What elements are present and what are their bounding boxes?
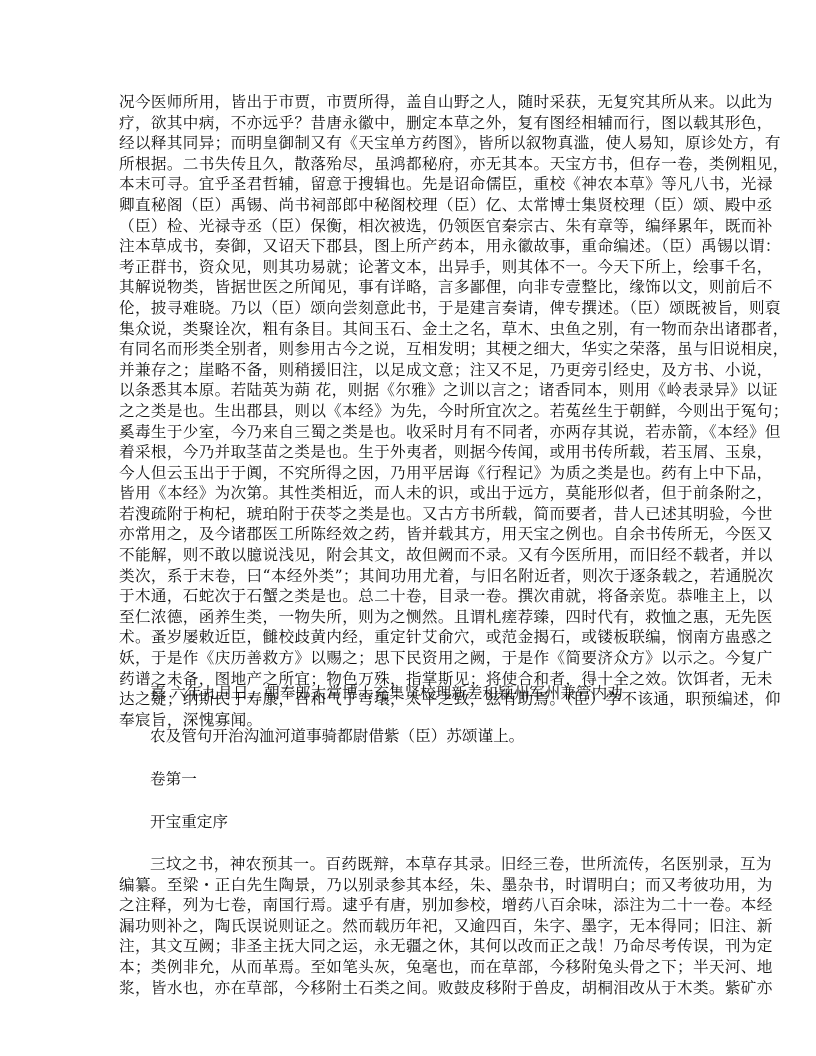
section-heading: 开宝重定序	[150, 812, 228, 832]
kaibao-paragraph: 三坟之书，神农预其一。百药既辩，本草存其录。旧经三卷，世所流传，名医别录，互为 …	[119, 854, 699, 998]
text-line: 若溲疏附于枸杞，琥珀附于茯苓之类是也。又古方书所载，简而要者，昔人已述其明验，今…	[119, 504, 699, 525]
text-line: 类次，系于末卷，曰“本经外类”；其间功用尤着，与旧名附近者，则次于逐条载之，若通…	[119, 566, 699, 587]
text-line: 以条悉其本原。若陆英为蒴 花，则据《尔雅》之训以言之；诸香同本，则用《岭表录异》…	[119, 380, 699, 401]
text-line: 疗，欲其中病，不亦远乎？昔唐永徽中，删定本草之外，复有图经相辅而行，图以载其形色…	[119, 113, 699, 134]
text-line: 有同名而形类全别者，则参用古今之说，互相发明；其梗之细大，华实之荣落，虽与旧说相…	[119, 339, 699, 360]
text-line: （臣）检、光禄寺丞（臣）保衡，相次被选，仍领医官秦宗古、朱有章等，编绎累年，既而…	[119, 216, 699, 237]
text-line: 奚毒生于少室，今乃来自三蜀之类是也。收采时月有不同者，亦两存其说，若赤箭，《本经…	[119, 422, 699, 443]
text-line: 注本草成书，奏御，又诏天下郡县，图上所产药本，用永徽故事，重命编述。（臣）禹锡以…	[119, 236, 699, 257]
text-line: 着采根，今乃并取茎苗之类是也。生于外夷者，则据今传闻，或用书传所载，若玉屑、玉泉…	[119, 442, 699, 463]
text-line: 况今医师所用，皆出于市贾，市贾所得，盖自山野之人，随时采获，无复究其所从来。以此…	[119, 92, 699, 113]
text-line: 本；类例非允，从而革焉。至如笔头灰，兔毫也，而在草部，今移附兔头骨之下；半天河、…	[119, 957, 699, 978]
text-line: 集众说，类聚诠次，粗有条目。其间玉石、金土之名，草木、虫鱼之别，有一物而杂出诸郡…	[119, 319, 699, 340]
text-line: 其解说物类，皆据世医之所闻见，事有详略，言多鄙俚，向非专壹整比，缘饰以文，则前后…	[119, 277, 699, 298]
text-line: 妖，于是作《庆历善救方》以赐之；思下民资用之阙，于是作《简要济众方》以示之。今复…	[119, 648, 699, 669]
text-line: 并兼存之；崖略不备，则稍援旧注，以足成文意；注又不足，乃更旁引经史，及方书、小说…	[119, 360, 699, 381]
text-line: 三坟之书，神农预其一。百药既辩，本草存其录。旧经三卷，世所流传，名医别录，互为	[119, 854, 699, 875]
date-line: 嘉 六年九月日，朝奉郎太常博士充集贤校理新差和颖州军州兼管内劝	[150, 683, 623, 703]
text-line: 之之类是也。生出郡县，则以《本经》为先，今时所宜次之。若菟丝生于朝鲜，今则出于冤…	[119, 401, 699, 422]
document-page: 况今医师所用，皆出于市贾，市贾所得，盖自山野之人，随时采获，无复究其所从来。以此…	[0, 0, 816, 1056]
text-line: 亦常用之，及今诸郡医工所陈经效之药，皆并载其方，用天宝之例也。自余书传所无，今医…	[119, 524, 699, 545]
text-line: 编纂。至梁・正白先生陶景，乃以别录参其本经，朱、墨杂书，时谓明白；而又考彼功用，…	[119, 875, 699, 896]
text-line: 术。蚤岁屡敕近臣，雠校歧黄内经，重定针艾俞穴，或范金揭石，或镂板联编，悯南方蛊惑…	[119, 627, 699, 648]
text-line: 经以释其同异；而明皇御制又有《天宝单方药图》，皆所以叙物真滥，使人易知，原诊处方…	[119, 133, 699, 154]
text-line: 卿直秘阁（臣）禹锡、尚书祠部郎中秘阁校理（臣）亿、太常博士集贤校理（臣）颂、殿中…	[119, 195, 699, 216]
text-line: 浆，皆水也，亦在草部，今移附土石类之间。败鼓皮移附于兽皮，胡桐泪改从于木类。紫矿…	[119, 978, 699, 999]
text-line: 皆用《本经》为次第。其性类相近，而人未的识，或出于远方，莫能形似者，但于前条附之…	[119, 483, 699, 504]
text-line: 于木通，石蛇次于石蟹之类是也。总二十卷，目录一卷。撰次甫就，将备亲览。恭唯主上，…	[119, 586, 699, 607]
text-line: 本末可寻。宜乎圣君哲辅，留意于搜辑也。先是诏命儒臣，重校《神农本草》等凡八书，光…	[119, 174, 699, 195]
signature-line: 农及管句开治沟洫河道事骑都尉借紫（臣）苏颂谨上。	[150, 726, 524, 746]
text-line: 伦，披寻难晓。乃以（臣）颂向尝刻意此书，于是建言奏请，俾专撰述。（臣）颂既被旨，…	[119, 298, 699, 319]
text-line: 至仁浓德，函养生类，一物失所，则为之恻然。且谓札瘥荐臻，四时代有，救恤之惠，无先…	[119, 607, 699, 628]
text-line: 考正群书，资众见，则其功易就；论著文本，出异手，则其体不一。今天下所上，绘事千名…	[119, 257, 699, 278]
text-line: 注，其文互阙；非圣主抚大同之运，永无疆之休，其何以改而正之哉！乃命尽考传误，刊为…	[119, 936, 699, 957]
text-line: 漏功则补之，陶氏误说则证之。然而载历年祀，又逾四百，朱字、墨字，无本得同；旧注、…	[119, 916, 699, 937]
text-line: 之注释，列为七卷，南国行焉。逮乎有唐，别加参校，增药八百余味，添注为二十一卷。本…	[119, 895, 699, 916]
preface-paragraph: 况今医师所用，皆出于市贾，市贾所得，盖自山野之人，随时采获，无复究其所从来。以此…	[119, 92, 699, 730]
text-line: 不能解，则不敢以臆说浅见，附会其文，故但阙而不录。又有今医所用，而旧经不载者，并…	[119, 545, 699, 566]
volume-heading: 卷第一	[150, 769, 197, 789]
text-line: 今人但云玉出于于阗，不究所得之因，乃用平居诲《行程记》为质之类是也。药有上中下品…	[119, 463, 699, 484]
text-line: 所根据。二书失传且久，散落殆尽，虽鸿都秘府，亦无其本。天宝方书，但存一卷，类例粗…	[119, 154, 699, 175]
